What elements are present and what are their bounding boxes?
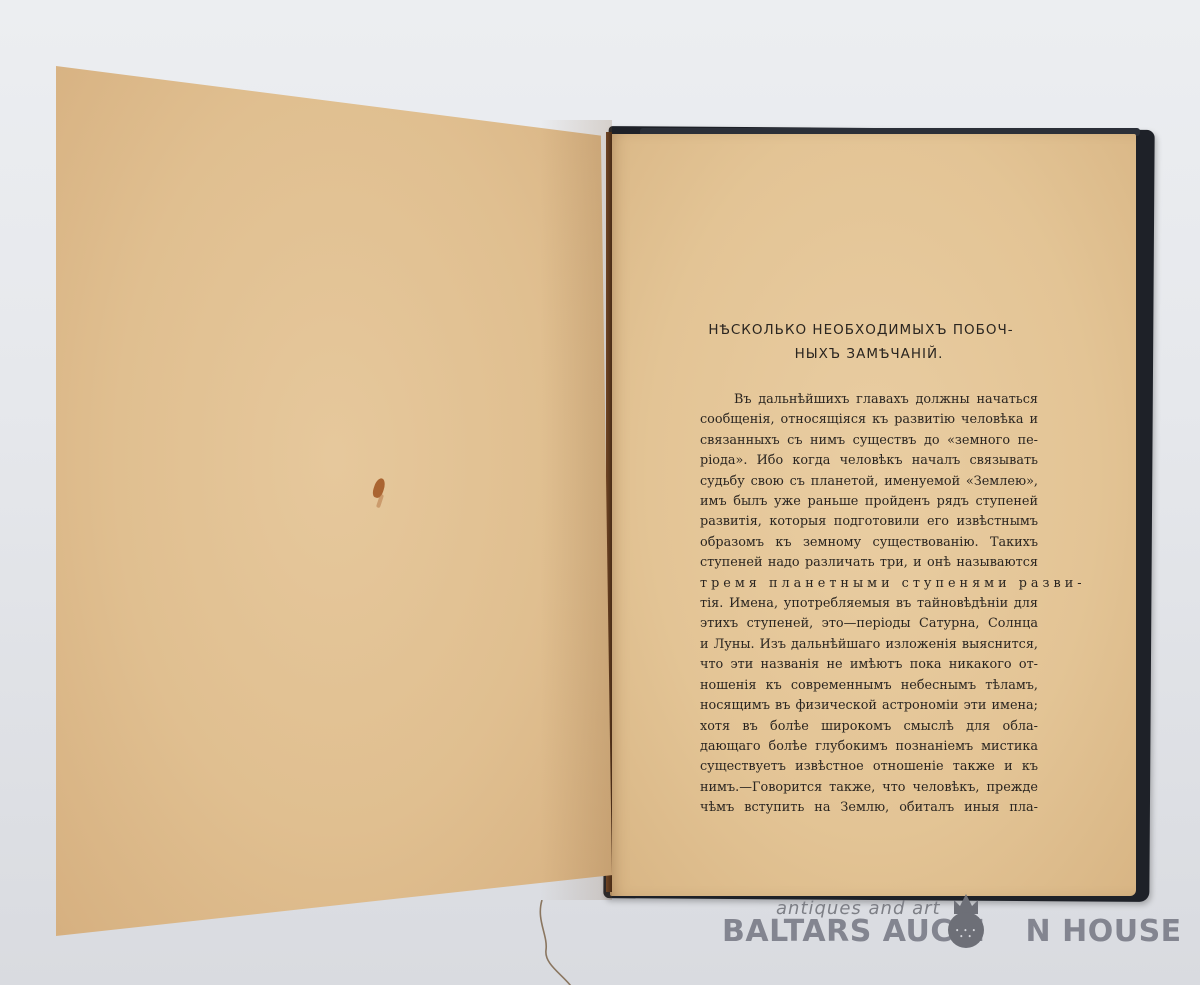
right-page-text: НѢСКОЛЬКО НЕОБХОДИМЫХЪ ПОБОЧ- НЫХЪ ЗАМѢЧ…: [700, 318, 1038, 819]
bookmark-thread: [534, 900, 594, 985]
text-line: тія. Имена, употребляемыя въ тайновѣдѣні…: [700, 594, 1038, 614]
text-line: и Луны. Изъ дальнѣйшаго изложенія выясни…: [700, 635, 1038, 655]
text-line: ріода». Ибо когда человѣкъ началъ связыв…: [700, 451, 1038, 471]
photo-scene: НѢСКОЛЬКО НЕОБХОДИМЫХЪ ПОБОЧ- НЫХЪ ЗАМѢЧ…: [0, 0, 1200, 985]
text-line: развитія, которыя подготовили его извѣст…: [700, 512, 1038, 532]
text-line: имъ былъ уже раньше пройденъ рядъ ступен…: [700, 492, 1038, 512]
text-line: чѣмъ вступить на Землю, обиталъ иныя пла…: [700, 798, 1038, 818]
text-line: судьбу свою съ планетой, именуемой «Земл…: [700, 472, 1038, 492]
text-line: дающаго болѣе глубокимъ познаніемъ мисти…: [700, 737, 1038, 757]
crown-icon: [952, 894, 980, 914]
text-line: Въ дальнѣйшихъ главахъ должны начаться: [700, 390, 1038, 410]
watermark-name-part1: BALTARS AUCTI: [722, 914, 986, 949]
text-line: ношенія къ современнымъ небеснымъ тѣламъ…: [700, 676, 1038, 696]
chapter-heading: НѢСКОЛЬКО НЕОБХОДИМЫХЪ ПОБОЧ- НЫХЪ ЗАМѢЧ…: [700, 318, 1038, 366]
text-line: тремя планетными ступенями разви-: [700, 574, 1038, 594]
text-line: этихъ ступеней, это—періоды Сатурна, Сол…: [700, 614, 1038, 634]
watermark-name-part2: N HOUSE: [1026, 914, 1182, 949]
text-line: нимъ.—Говорится также, что человѣкъ, пре…: [700, 778, 1038, 798]
text-line: связанныхъ съ нимъ существъ до «земного …: [700, 431, 1038, 451]
heading-line-1: НѢСКОЛЬКО НЕОБХОДИМЫХЪ ПОБОЧ-: [684, 318, 1038, 342]
left-page-blank: [56, 66, 612, 936]
text-line: что эти названія не имѣютъ пока никакого…: [700, 655, 1038, 675]
logo-dots: • • • • •: [952, 928, 980, 940]
body-paragraph: Въ дальнѣйшихъ главахъ должны начаться с…: [700, 390, 1038, 819]
text-line: образомъ къ земному существованію. Таких…: [700, 533, 1038, 553]
text-line: хотя въ болѣе широкомъ смыслѣ для обла-: [700, 717, 1038, 737]
text-line: существуетъ извѣстное отношеніе также и …: [700, 757, 1038, 777]
text-line: сообщенія, относящіяся къ развитію челов…: [700, 410, 1038, 430]
heading-line-2: НЫХЪ ЗАМѢЧАНІЙ.: [795, 346, 944, 362]
left-page-shadow: [540, 120, 612, 900]
text-line: ступеней надо различать три, и онѣ назыв…: [700, 553, 1038, 573]
text-line: носящимъ въ физической астрономіи эти им…: [700, 696, 1038, 716]
